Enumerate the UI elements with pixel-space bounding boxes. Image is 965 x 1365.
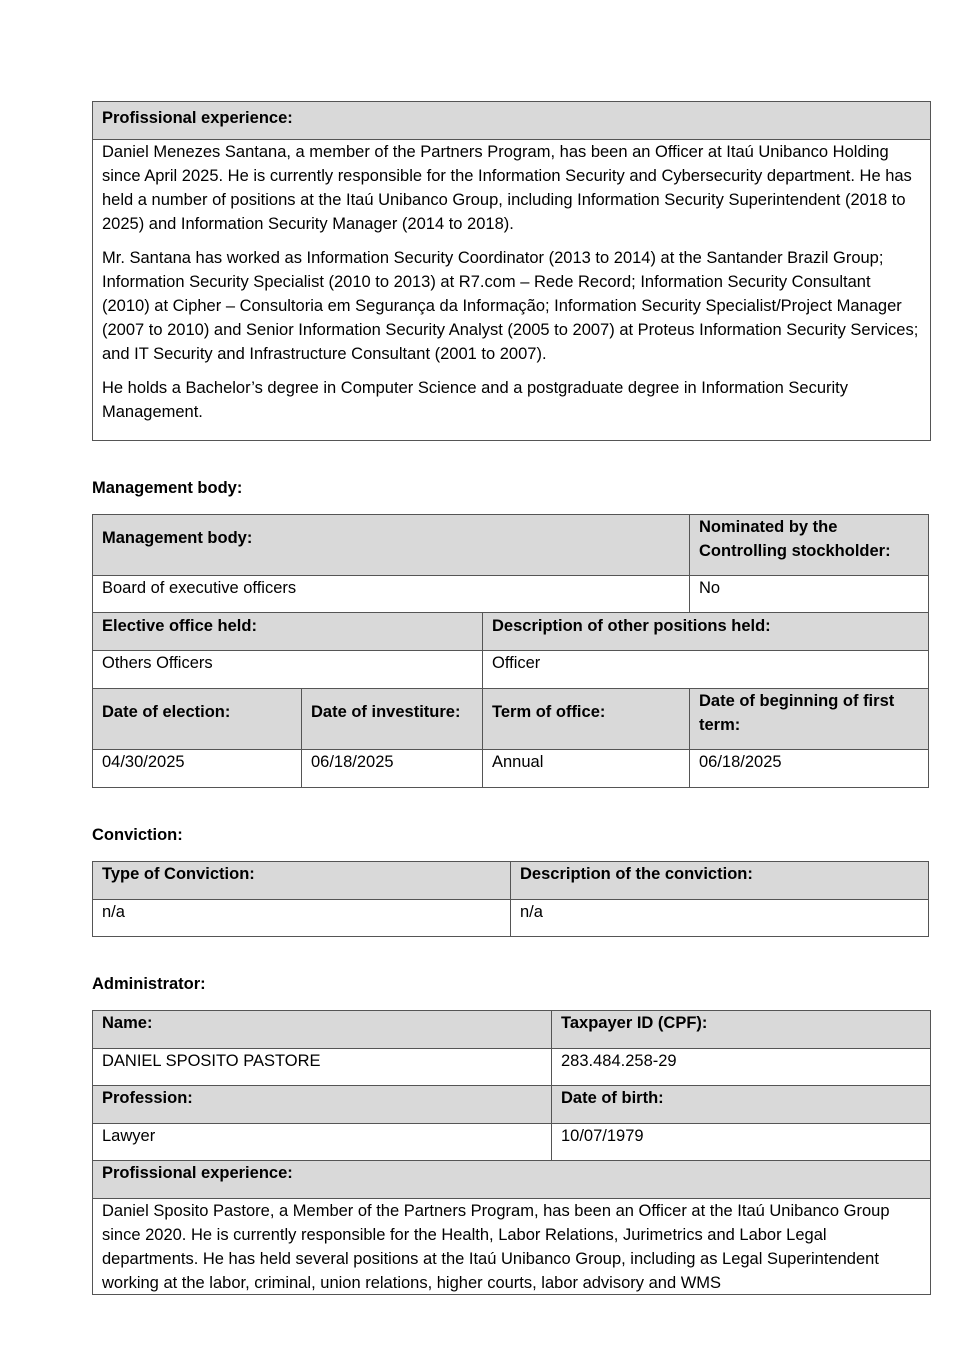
date-election-label: Date of election: bbox=[92, 688, 302, 750]
elective-office-label: Elective office held: bbox=[92, 612, 483, 651]
nominated-value: No bbox=[689, 575, 929, 613]
admin-experience-label: Profissional experience: bbox=[92, 1160, 931, 1199]
nominated-label: Nominated by the Controlling stockholder… bbox=[689, 514, 929, 576]
conviction-type-value: n/a bbox=[92, 899, 511, 937]
profession-value: Lawyer bbox=[92, 1123, 552, 1161]
name-label: Name: bbox=[92, 1010, 552, 1049]
other-positions-value: Officer bbox=[482, 650, 929, 689]
name-value: DANIEL SPOSITO PASTORE bbox=[92, 1048, 552, 1086]
conviction-type-label: Type of Conviction: bbox=[92, 861, 511, 900]
elective-office-value: Others Officers bbox=[92, 650, 483, 689]
conviction-description-value: n/a bbox=[510, 899, 929, 937]
date-investiture-value: 06/18/2025 bbox=[301, 749, 483, 788]
term-office-label: Term of office: bbox=[482, 688, 690, 750]
administrator-section-title: Administrator: bbox=[92, 975, 206, 994]
management-section-title: Management body: bbox=[92, 479, 242, 498]
conviction-description-label: Description of the conviction: bbox=[510, 861, 929, 900]
management-body-value: Board of executive officers bbox=[92, 575, 690, 613]
cpf-label: Taxpayer ID (CPF): bbox=[551, 1010, 931, 1049]
profession-label: Profession: bbox=[92, 1085, 552, 1124]
experience-paragraph-2: Mr. Santana has worked as Information Se… bbox=[102, 246, 921, 366]
experience-paragraph-3: He holds a Bachelor’s degree in Computer… bbox=[102, 376, 921, 424]
experience-header: Profissional experience: bbox=[92, 101, 931, 140]
term-office-value: Annual bbox=[482, 749, 690, 788]
date-investiture-label: Date of investiture: bbox=[301, 688, 483, 750]
dob-value: 10/07/1979 bbox=[551, 1123, 931, 1161]
admin-experience-value: Daniel Sposito Pastore, a Member of the … bbox=[92, 1198, 931, 1295]
dob-label: Date of birth: bbox=[551, 1085, 931, 1124]
date-first-term-label: Date of beginning of first term: bbox=[689, 688, 929, 750]
experience-body: Daniel Menezes Santana, a member of the … bbox=[92, 139, 931, 441]
date-election-value: 04/30/2025 bbox=[92, 749, 302, 788]
conviction-section-title: Conviction: bbox=[92, 826, 183, 845]
cpf-value: 283.484.258-29 bbox=[551, 1048, 931, 1086]
other-positions-label: Description of other positions held: bbox=[482, 612, 929, 651]
date-first-term-value: 06/18/2025 bbox=[689, 749, 929, 788]
management-body-label: Management body: bbox=[92, 514, 690, 576]
experience-paragraph-1: Daniel Menezes Santana, a member of the … bbox=[102, 140, 921, 236]
